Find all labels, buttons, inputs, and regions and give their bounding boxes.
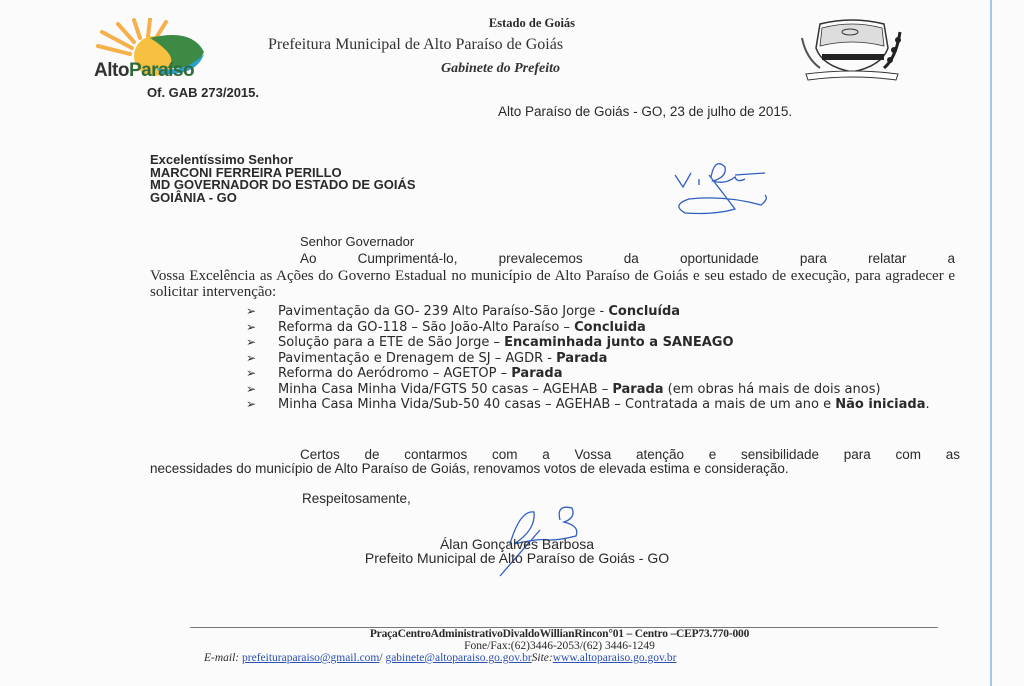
list-item: ➢Pavimentação e Drenagem de SJ – AGDR - … bbox=[246, 351, 966, 367]
arrow-bullet-icon: ➢ bbox=[246, 304, 256, 320]
footer-phone: Fone/Fax:(62)3446-2053/(62) 3446-1249 bbox=[0, 640, 1024, 652]
email-link-2[interactable]: gabinete@altoparaiso.go.gov.br bbox=[385, 652, 531, 664]
footer-address: PraçaCentroAdministrativoDivaldoWillianR… bbox=[0, 628, 1024, 640]
arrow-bullet-icon: ➢ bbox=[246, 351, 256, 367]
list-item: ➢Minha Casa Minha Vida/FGTS 50 casas – A… bbox=[246, 382, 966, 398]
salutation: Senhor Governador bbox=[300, 234, 414, 249]
signer-role: Prefeito Municipal de Alto Paraíso de Go… bbox=[0, 550, 1024, 566]
header-cabinet: Gabinete do Prefeito bbox=[441, 61, 560, 77]
municipal-coat-of-arms-icon bbox=[792, 18, 922, 88]
logo-wordmark: AltoParaíso bbox=[94, 60, 194, 82]
list-item: ➢Minha Casa Minha Vida/Sub-50 40 casas –… bbox=[246, 397, 966, 413]
arrow-bullet-icon: ➢ bbox=[246, 335, 256, 351]
handwritten-visto-annotation bbox=[665, 155, 775, 220]
list-item: ➢Reforma da GO-118 – São João-Alto Paraí… bbox=[246, 320, 966, 336]
closing-first-line: Certos de contarmos com a Vossa atenção … bbox=[150, 448, 960, 462]
site-label: Site: bbox=[532, 652, 553, 664]
email-link-1[interactable]: prefeituraparaiso@gmail.com bbox=[242, 652, 379, 664]
arrow-bullet-icon: ➢ bbox=[246, 397, 256, 413]
status-label: Encaminhada junto a SANEAGO bbox=[504, 335, 733, 350]
status-label: Parada bbox=[556, 351, 607, 366]
place-date: Alto Paraíso de Goiás - GO, 23 de julho … bbox=[498, 104, 792, 119]
footer-contacts: E-mail: prefeituraparaiso@gmail.com/ gab… bbox=[204, 652, 676, 664]
header-prefecture: Prefeitura Municipal de Alto Paraíso de … bbox=[268, 36, 563, 54]
arrow-bullet-icon: ➢ bbox=[246, 320, 256, 336]
sign-off: Respeitosamente, bbox=[302, 491, 411, 506]
arrow-bullet-icon: ➢ bbox=[246, 366, 256, 382]
closing-paragraph: Certos de contarmos com a Vossa atenção … bbox=[150, 448, 960, 475]
status-label: Concluida bbox=[574, 320, 646, 335]
recipient-block: Excelentíssimo Senhor MARCONI FERREIRA P… bbox=[150, 154, 416, 204]
intro-paragraph: Ao Cumprimentá-lo, prevalecemos da oport… bbox=[150, 251, 955, 301]
status-list: ➢Pavimentação da GO- 239 Alto Paraíso-Sã… bbox=[246, 304, 966, 413]
list-item: ➢Pavimentação da GO- 239 Alto Paraíso-Sã… bbox=[246, 304, 966, 320]
intro-rest: Vossa Excelência as Ações do Governo Est… bbox=[150, 268, 955, 301]
email-label: E-mail: bbox=[204, 652, 239, 664]
status-label: Parada bbox=[511, 366, 562, 381]
list-item: ➢Solução para a ETE de São Jorge – Encam… bbox=[246, 335, 966, 351]
arrow-bullet-icon: ➢ bbox=[246, 382, 256, 398]
intro-first-line: Ao Cumprimentá-lo, prevalecemos da oport… bbox=[150, 251, 955, 268]
page-edge-line bbox=[990, 0, 992, 686]
recipient-line: GOIÂNIA - GO bbox=[150, 192, 416, 205]
closing-rest: necessidades do município de Alto Paraís… bbox=[150, 461, 789, 476]
status-label: Concluída bbox=[608, 304, 680, 319]
status-label: Parada bbox=[612, 382, 663, 397]
list-item: ➢Reforma do Aeródromo – AGETOP – Parada bbox=[246, 366, 966, 382]
letter-reference: Of. GAB 273/2015. bbox=[147, 85, 259, 100]
site-link[interactable]: www.altoparaiso.go.gov.br bbox=[553, 652, 677, 664]
status-label: Não iniciada bbox=[835, 397, 925, 412]
